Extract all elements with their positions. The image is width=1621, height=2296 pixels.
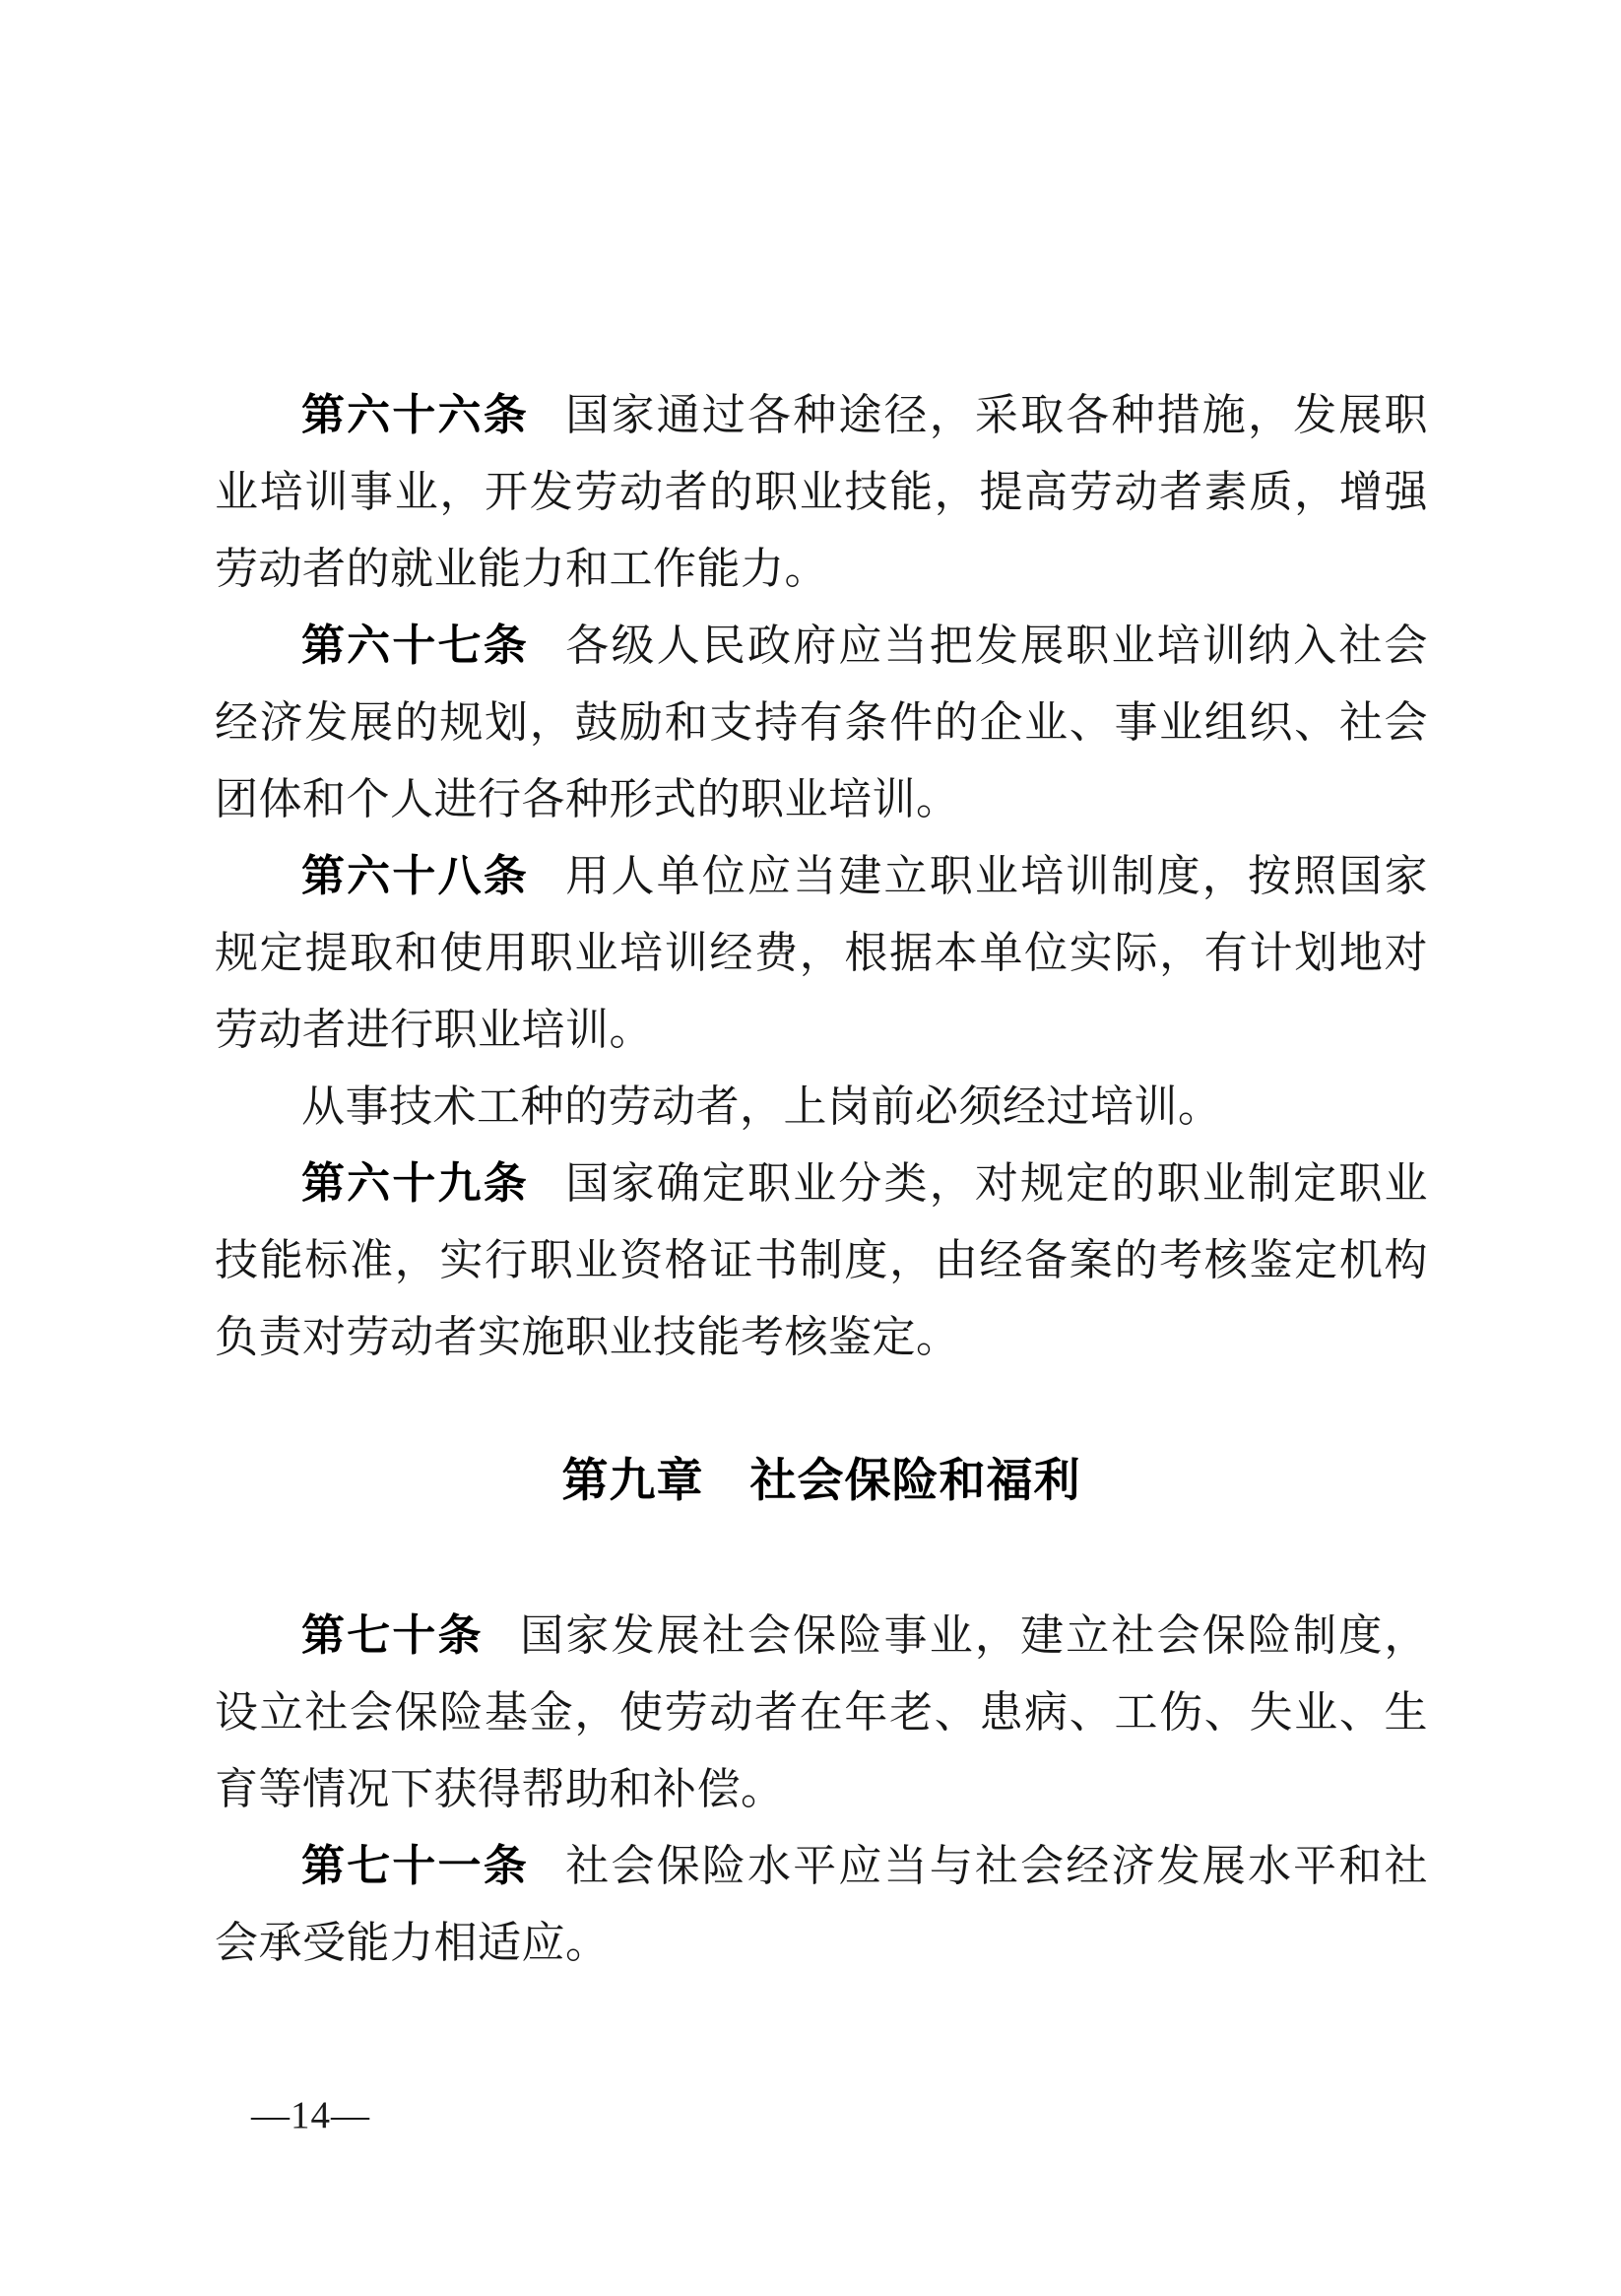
article-number: 第七十条 [301,1611,484,1660]
body-paragraph: 从事技术工种的劳动者，上岗前必须经过培训。 [215,1069,1428,1146]
document-page: 第六十六条国家通过各种途径，采取各种措施，发展职业培训事业，开发劳动者的职业技能… [0,0,1621,2296]
article-paragraph: 第六十八条用人单位应当建立职业培训制度，按照国家规定提取和使用职业培训经费，根据… [215,838,1428,1069]
article-number: 第七十一条 [301,1842,529,1890]
article-paragraph: 第六十九条国家确定职业分类，对规定的职业制定职业技能标准，实行职业资格证书制度，… [215,1146,1428,1376]
article-paragraph: 第六十六条国家通过各种途径，采取各种措施，发展职业培训事业，开发劳动者的职业技能… [215,377,1428,608]
page-number-label: —14— [251,2094,370,2136]
article-number: 第六十九条 [301,1159,529,1208]
article-number: 第六十六条 [301,391,529,439]
article-paragraph: 第六十七条各级人民政府应当把发展职业培训纳入社会经济发展的规划，鼓励和支持有条件… [215,608,1428,838]
article-number: 第六十八条 [301,852,529,900]
article-paragraph: 第七十条国家发展社会保险事业，建立社会保险制度，设立社会保险基金，使劳动者在年老… [215,1598,1428,1828]
page-number: —14— [251,2092,370,2139]
paragraph-text: 从事技术工种的劳动者，上岗前必须经过培训。 [301,1082,1222,1131]
article-paragraph: 第七十一条社会保险水平应当与社会经济发展水平和社会承受能力相适应。 [215,1828,1428,1982]
chapter-heading: 第九章社会保险和福利 [215,1442,1428,1519]
chapter-number: 第九章 [562,1454,704,1506]
chapter-title: 社会保险和福利 [750,1454,1081,1506]
article-number: 第六十七条 [301,622,529,670]
document-body: 第六十六条国家通过各种途径，采取各种措施，发展职业培训事业，开发劳动者的职业技能… [215,377,1428,1982]
